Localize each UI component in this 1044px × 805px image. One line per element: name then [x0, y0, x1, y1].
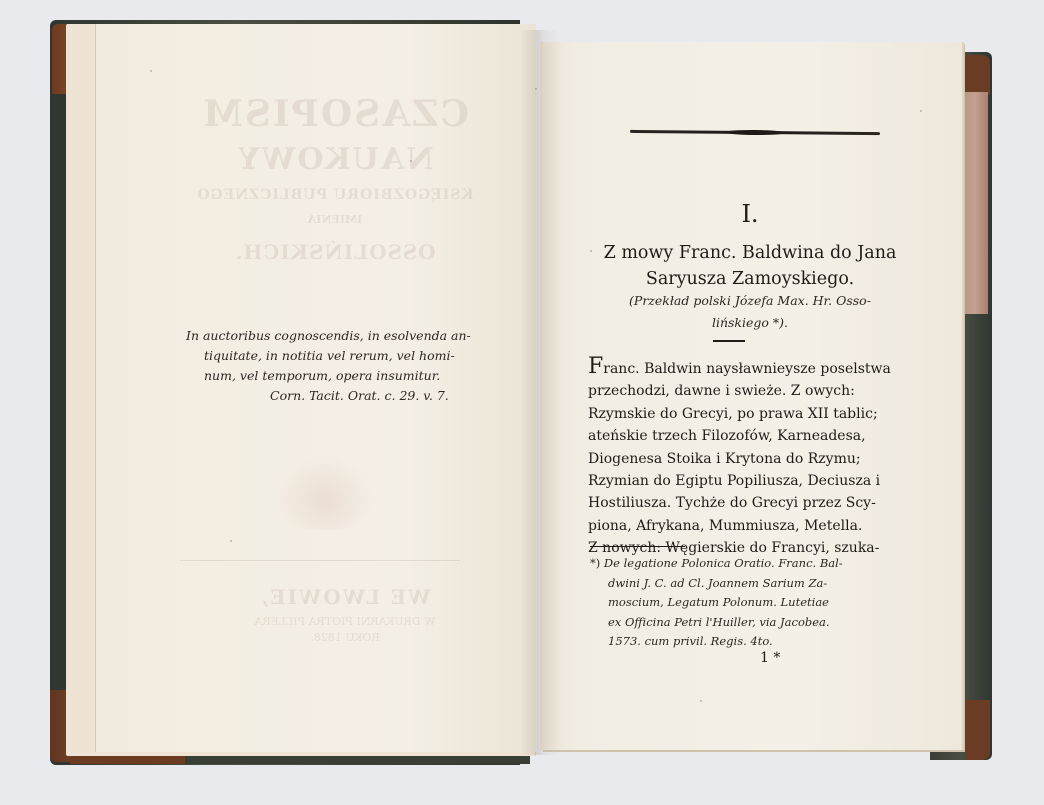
body-line: Rzymian do Egiptu Popiliusza, Deciusza i: [588, 470, 888, 492]
footnote-line: 1573. cum privil. Regis. 4to.: [590, 632, 890, 652]
body-text: Franc. Baldwin naysławnieysze poselstwa …: [588, 356, 888, 560]
drop-letter: F: [588, 354, 603, 379]
paper-speck: [920, 110, 922, 112]
body-line: Franc. Baldwin naysławnieysze poselstwa: [588, 356, 888, 380]
leather-corner-bottom-right: [966, 700, 990, 760]
emblem-show-through: [275, 455, 375, 530]
leather-spine-strip-right: [962, 92, 988, 314]
epigraph-line: In auctoribus cognoscendis, in esolvenda…: [186, 326, 486, 346]
footnote-marker: *): [590, 556, 600, 570]
chapter-number: I.: [540, 200, 960, 228]
body-line: piona, Afrykana, Mummiusza, Metella.: [588, 515, 888, 537]
body-line: ateńskie trzech Filozofów, Karneadesa,: [588, 425, 888, 447]
body-line: przechodzi, dawne i swieże. Z owych:: [588, 380, 888, 402]
paper-speck: [410, 160, 412, 162]
chapter-title: Z mowy Franc. Baldwina do Jana Saryusza …: [560, 240, 940, 292]
body-line: Rzymskie do Grecyi, po prawa XII tablic;: [588, 403, 888, 425]
rule-show-through: [180, 560, 460, 561]
book-gutter: [520, 30, 560, 755]
leather-corner-top-right: [958, 55, 990, 95]
footnote-line: ex Officina Petri l'Huiller, via Jacobea…: [590, 613, 890, 633]
footnote-line: moscium, Legatum Polonum. Lutetiae: [590, 593, 890, 613]
body-line: Diogenesa Stoika i Krytona do Rzymu;: [588, 448, 888, 470]
paper-speck: [590, 250, 592, 252]
epigraph: In auctoribus cognoscendis, in esolvenda…: [186, 326, 486, 406]
epigraph-line: tiquitate, in notitia vel rerum, vel hom…: [186, 346, 486, 366]
paper-speck: [535, 88, 537, 90]
footnote: *) De legatione Polonica Oratio. Franc. …: [590, 554, 890, 652]
body-line: Hostiliusza. Tychże do Grecyi przez Scy-: [588, 492, 888, 514]
paper-speck: [230, 540, 232, 542]
epigraph-line: num, vel temporum, opera insumitur.: [186, 366, 486, 386]
epigraph-source: Corn. Tacit. Orat. c. 29. v. 7.: [186, 386, 486, 406]
paper-speck: [700, 700, 702, 702]
chapter-subtitle: (Przekład polski Józefa Max. Hr. Osso- l…: [580, 290, 920, 334]
title-show-through: CZASOPISM NAUKOWY KSIĘGOZBIORU PUBLICZNE…: [170, 90, 500, 272]
signature-mark: 1 *: [760, 650, 780, 666]
imprint-show-through: WE LWOWIE, W DRUKARNI PIOTRA PILLERA ROK…: [180, 580, 510, 646]
paper-speck: [150, 70, 152, 72]
footnote-rule: [590, 546, 685, 547]
section-rule: [713, 340, 745, 342]
footnote-line: dwini J. C. ad Cl. Joannem Sarium Za-: [590, 574, 890, 594]
